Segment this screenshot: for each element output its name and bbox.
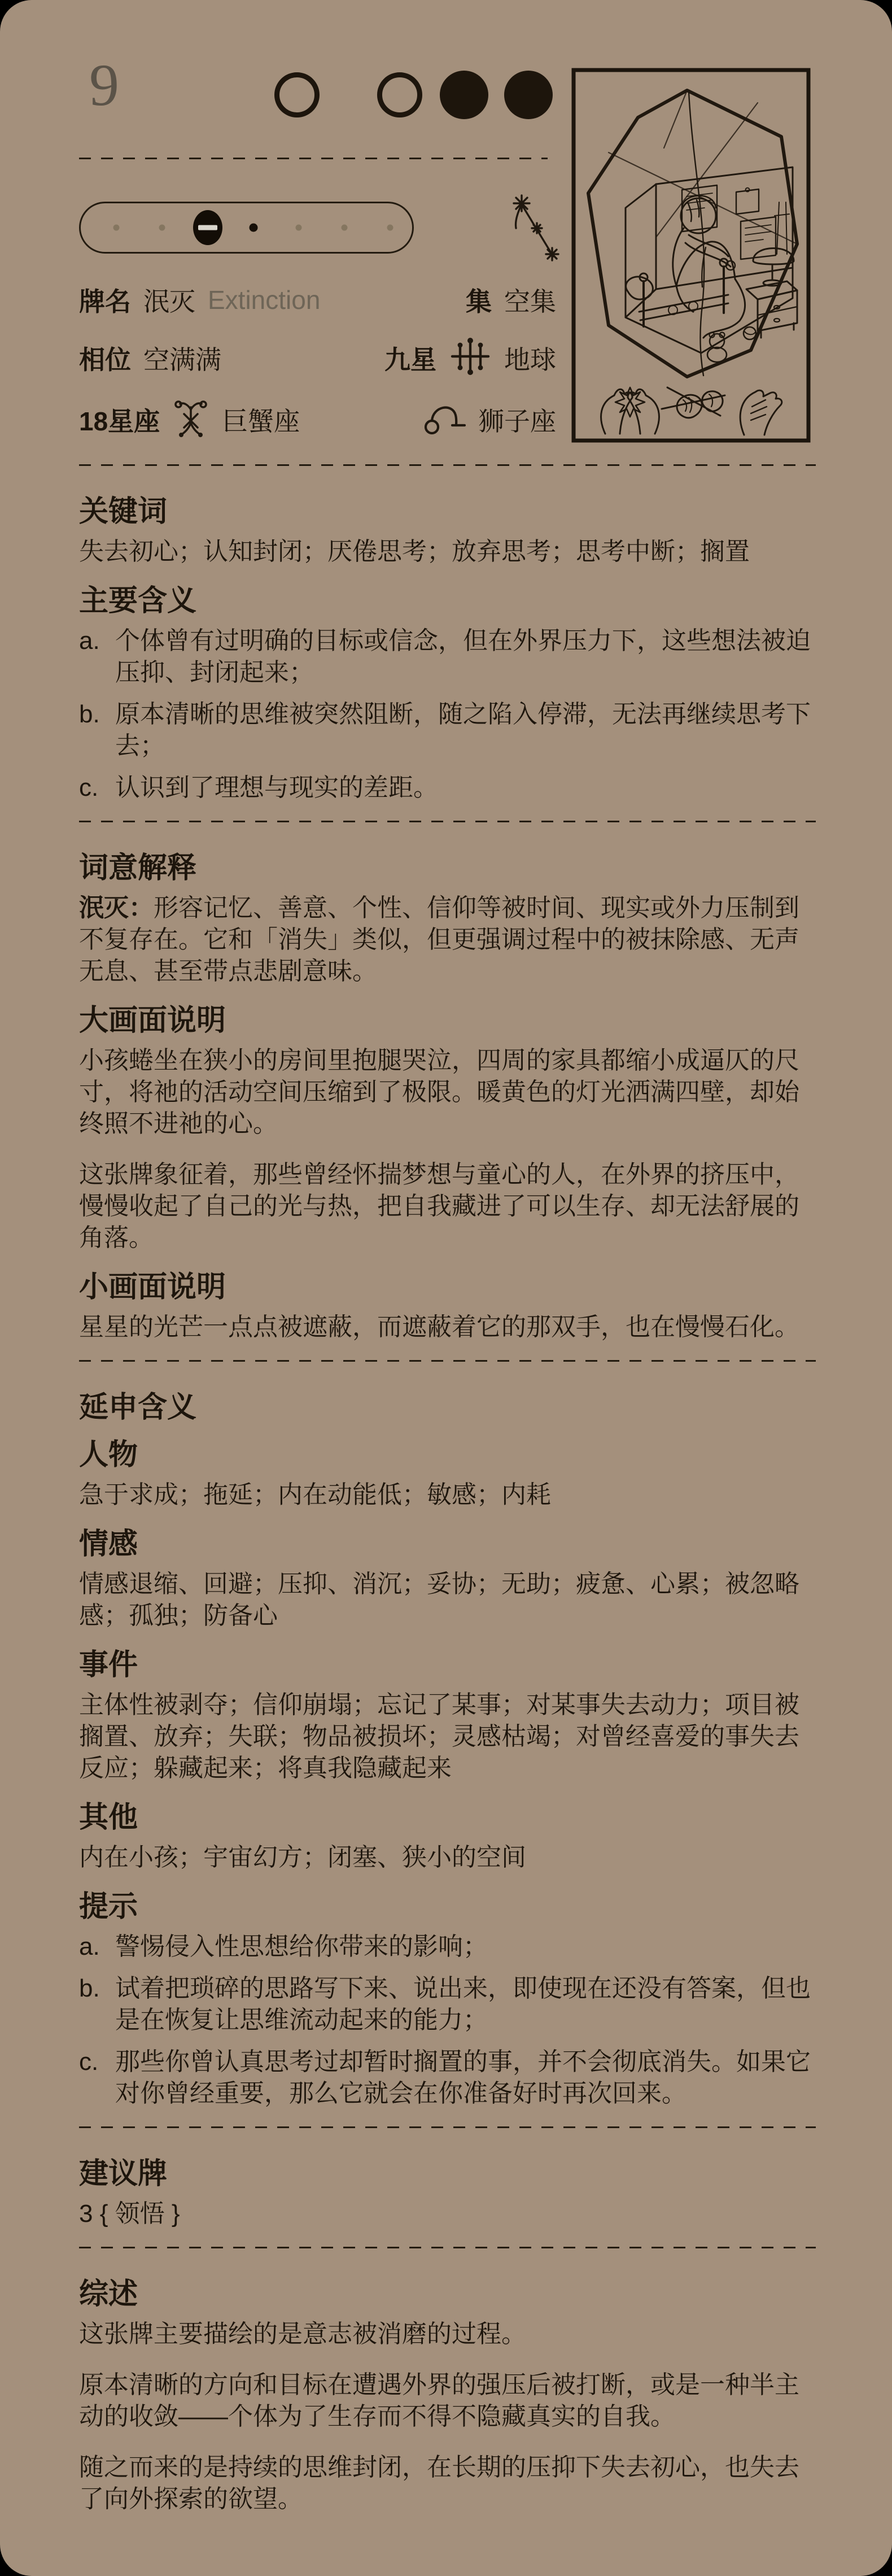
extended-title: 延申含义 xyxy=(79,1391,816,1424)
word-meaning-term: 泯灭： xyxy=(79,894,154,922)
list-item: a. 个体曾有过明确的目标或信念，但在外界压力下，这些想法被迫压抑、封闭起来； xyxy=(79,625,816,688)
dashed-divider xyxy=(79,2126,816,2128)
zodiac-value: 狮子座 xyxy=(478,401,556,438)
item-marker: b. xyxy=(79,699,115,762)
list-item: c. 认识到了理想与现实的差距。 xyxy=(79,772,816,804)
keywords-body: 失去初心；认知封闭；厌倦思考；放弃思考；思考中断；搁置 xyxy=(79,536,816,568)
name-value-en: Extinction xyxy=(208,285,320,315)
section-summary: 综述 这张牌主要描绘的是意志被消磨的过程。 原本清晰的方向和目标在遭遇外界的强压… xyxy=(79,2278,816,2515)
item-marker: c. xyxy=(79,2046,115,2109)
extended-group-body: 情感退缩、回避；压抑、消沉；妥协；无助；疲惫、心累；被忽略感；孤独；防备心 xyxy=(79,1568,816,1632)
item-marker: a. xyxy=(79,625,115,688)
phase-dot-icon xyxy=(377,72,422,117)
item-marker: b. xyxy=(79,1973,115,2036)
section-main-meanings: 主要含义 a. 个体曾有过明确的目标或信念，但在外界压力下，这些想法被迫压抑、封… xyxy=(79,585,816,804)
section-keywords: 关键词 失去初心；认知封闭；厌倦思考；放弃思考；思考中断；搁置 xyxy=(79,495,816,568)
nine-star-earth-icon xyxy=(449,337,492,379)
slider-knob-minus-icon[interactable] xyxy=(193,210,222,245)
slider-dot[interactable] xyxy=(113,225,120,231)
dashed-divider xyxy=(79,1360,816,1362)
section-big-picture: 大画面说明 小孩蜷坐在狭小的房间里抱腿哭泣，四周的家具都缩小成逼仄的尺寸，将祂的… xyxy=(79,1004,816,1254)
summary-paragraph: 随之而来的是持续的思维封闭，在长期的压抑下失去初心，也失去了向外探索的欲望。 xyxy=(79,2452,816,2515)
extended-group-title: 情感 xyxy=(79,1528,816,1561)
tips-title: 提示 xyxy=(79,1890,816,1923)
word-meaning-text: 形容记忆、善意、个性、信仰等被时间、现实或外力压制到不复存在。它和「消失」类似，… xyxy=(79,894,799,985)
item-text: 认识到了理想与现实的差距。 xyxy=(115,772,816,804)
item-text: 原本清晰的思维被突然阻断，随之陷入停滞，无法再继续思考下去； xyxy=(115,699,816,762)
phase-value: 空满满 xyxy=(143,339,221,377)
set-value: 空集 xyxy=(504,281,556,319)
main-meanings-title: 主要含义 xyxy=(79,585,816,617)
summary-paragraph: 原本清晰的方向和目标在遭遇外界的强压后被打断，或是一种半主动的收敛——个体为了生… xyxy=(79,2369,816,2433)
phase-dot-icon xyxy=(440,71,488,119)
slider-dot[interactable] xyxy=(159,225,165,231)
word-meaning-title: 词意解释 xyxy=(79,852,816,884)
suggestion-title: 建议牌 xyxy=(79,2157,816,2190)
keywords-title: 关键词 xyxy=(79,495,816,528)
phase-label: 相位 xyxy=(79,339,131,377)
main-meanings-list: a. 个体曾有过明确的目标或信念，但在外界压力下，这些想法被迫压抑、封闭起来； … xyxy=(79,625,816,804)
extended-group-body: 急于求成；拖延；内在动能低；敏感；内耗 xyxy=(79,1479,816,1511)
big-picture-paragraph: 这张牌象征着，那些曾经怀揣梦想与童心的人，在外界的挤压中，慢慢收起了自己的光与热… xyxy=(79,1159,816,1254)
dashed-divider xyxy=(79,821,816,822)
item-text: 警惕侵入性思想给你带来的影响； xyxy=(115,1931,816,1963)
extended-group-title: 人物 xyxy=(79,1439,816,1471)
phase-dot-icon xyxy=(504,71,553,119)
phase-dot-icon xyxy=(274,72,320,117)
item-marker: c. xyxy=(79,772,115,804)
list-item: b. 试着把琐碎的思路写下来、说出来，即使现在还没有答案，但也是在恢复让思维流动… xyxy=(79,1973,816,2036)
small-picture-body: 星星的光芒一点点被遮蔽，而遮蔽着它的那双手，也在慢慢石化。 xyxy=(79,1311,816,1343)
list-item: c. 那些你曾认真思考过却暂时搁置的事，并不会彻底消失。如果它对你曾经重要，那么… xyxy=(79,2046,816,2109)
item-text: 试着把琐碎的思路写下来、说出来，即使现在还没有答案，但也是在恢复让思维流动起来的… xyxy=(115,1973,816,2036)
zodiac18-rune-icon xyxy=(172,397,209,442)
zodiac18-value: 巨蟹座 xyxy=(222,401,300,438)
section-tips: 提示 a. 警惕侵入性思想给你带来的影响； b. 试着把琐碎的思路写下来、说出来… xyxy=(79,1890,816,2109)
section-suggestion: 建议牌 3 { 领悟 } xyxy=(79,2157,816,2230)
big-picture-paragraph: 小孩蜷坐在狭小的房间里抱腿哭泣，四周的家具都缩小成逼仄的尺寸，将祂的活动空间压缩… xyxy=(79,1045,816,1140)
word-meaning-body: 泯灭：形容记忆、善意、个性、信仰等被时间、现实或外力压制到不复存在。它和「消失」… xyxy=(79,892,816,987)
slider-dot-marked[interactable] xyxy=(250,224,258,232)
meta-row-phase: 相位 空满满 九星 xyxy=(79,337,556,379)
nine-star-label: 九星 xyxy=(384,339,436,377)
card-meta-fields: 牌名 泯灭 Extinction 集 空集 相位 空满满 九星 xyxy=(79,281,556,442)
extended-group-title: 其他 xyxy=(79,1801,816,1834)
meta-row-name: 牌名 泯灭 Extinction 集 空集 xyxy=(79,281,556,319)
section-extended: 延申含义 人物 急于求成；拖延；内在动能低；敏感；内耗 情感 情感退缩、回避；压… xyxy=(79,1391,816,1873)
nine-star-value: 地球 xyxy=(504,339,556,377)
item-text: 那些你曾认真思考过却暂时搁置的事，并不会彻底消失。如果它对你曾经重要，那么它就会… xyxy=(115,2046,816,2109)
slider-dot[interactable] xyxy=(296,225,302,231)
section-small-picture: 小画面说明 星星的光芒一点点被遮蔽，而遮蔽着它的那双手，也在慢慢石化。 xyxy=(79,1271,816,1343)
slider-dot[interactable] xyxy=(387,225,393,231)
constellation-icon xyxy=(509,193,561,265)
set-label: 集 xyxy=(466,281,492,319)
suggestion-body: 3 { 领悟 } xyxy=(79,2198,816,2230)
list-item: b. 原本清晰的思维被突然阻断，随之陷入停滞，无法再继续思考下去； xyxy=(79,699,816,762)
card-body-content: 关键词 失去初心；认知封闭；厌倦思考；放弃思考；思考中断；搁置 主要含义 a. … xyxy=(0,464,892,2515)
level-slider[interactable] xyxy=(79,202,414,254)
leo-glyph-icon xyxy=(423,399,466,439)
tips-list: a. 警惕侵入性思想给你带来的影响； b. 试着把琐碎的思路写下来、说出来，即使… xyxy=(79,1931,816,2109)
name-value: 泯灭 xyxy=(143,281,195,319)
zodiac18-label: 18星座 xyxy=(79,401,160,438)
card-illustration xyxy=(571,68,811,443)
card-number: 9 xyxy=(89,55,119,115)
card-header: 9 xyxy=(0,0,892,464)
section-word-meaning: 词意解释 泯灭：形容记忆、善意、个性、信仰等被时间、现实或外力压制到不复存在。它… xyxy=(79,852,816,987)
extended-group-body: 内在小孩；宇宙幻方；闭塞、狭小的空间 xyxy=(79,1842,816,1873)
dashed-divider xyxy=(79,464,816,466)
oracle-card-page: 9 xyxy=(0,0,892,2576)
summary-title: 综述 xyxy=(79,2278,816,2311)
dashed-divider xyxy=(79,2247,816,2248)
dashed-divider xyxy=(79,158,548,159)
item-text: 个体曾有过明确的目标或信念，但在外界压力下，这些想法被迫压抑、封闭起来； xyxy=(115,625,816,688)
small-picture-title: 小画面说明 xyxy=(79,1271,816,1304)
meta-row-zodiac: 18星座 xyxy=(79,397,556,442)
extended-group-body: 主体性被剥夺；信仰崩塌；忘记了某事；对某事失去动力；项目被搁置、放弃；失联；物品… xyxy=(79,1689,816,1784)
big-picture-title: 大画面说明 xyxy=(79,1004,816,1037)
name-label: 牌名 xyxy=(79,281,131,319)
summary-paragraph: 这张牌主要描绘的是意志被消磨的过程。 xyxy=(79,2318,816,2350)
slider-dot[interactable] xyxy=(342,225,348,231)
list-item: a. 警惕侵入性思想给你带来的影响； xyxy=(79,1931,816,1963)
item-marker: a. xyxy=(79,1931,115,1963)
extended-group-title: 事件 xyxy=(79,1649,816,1681)
